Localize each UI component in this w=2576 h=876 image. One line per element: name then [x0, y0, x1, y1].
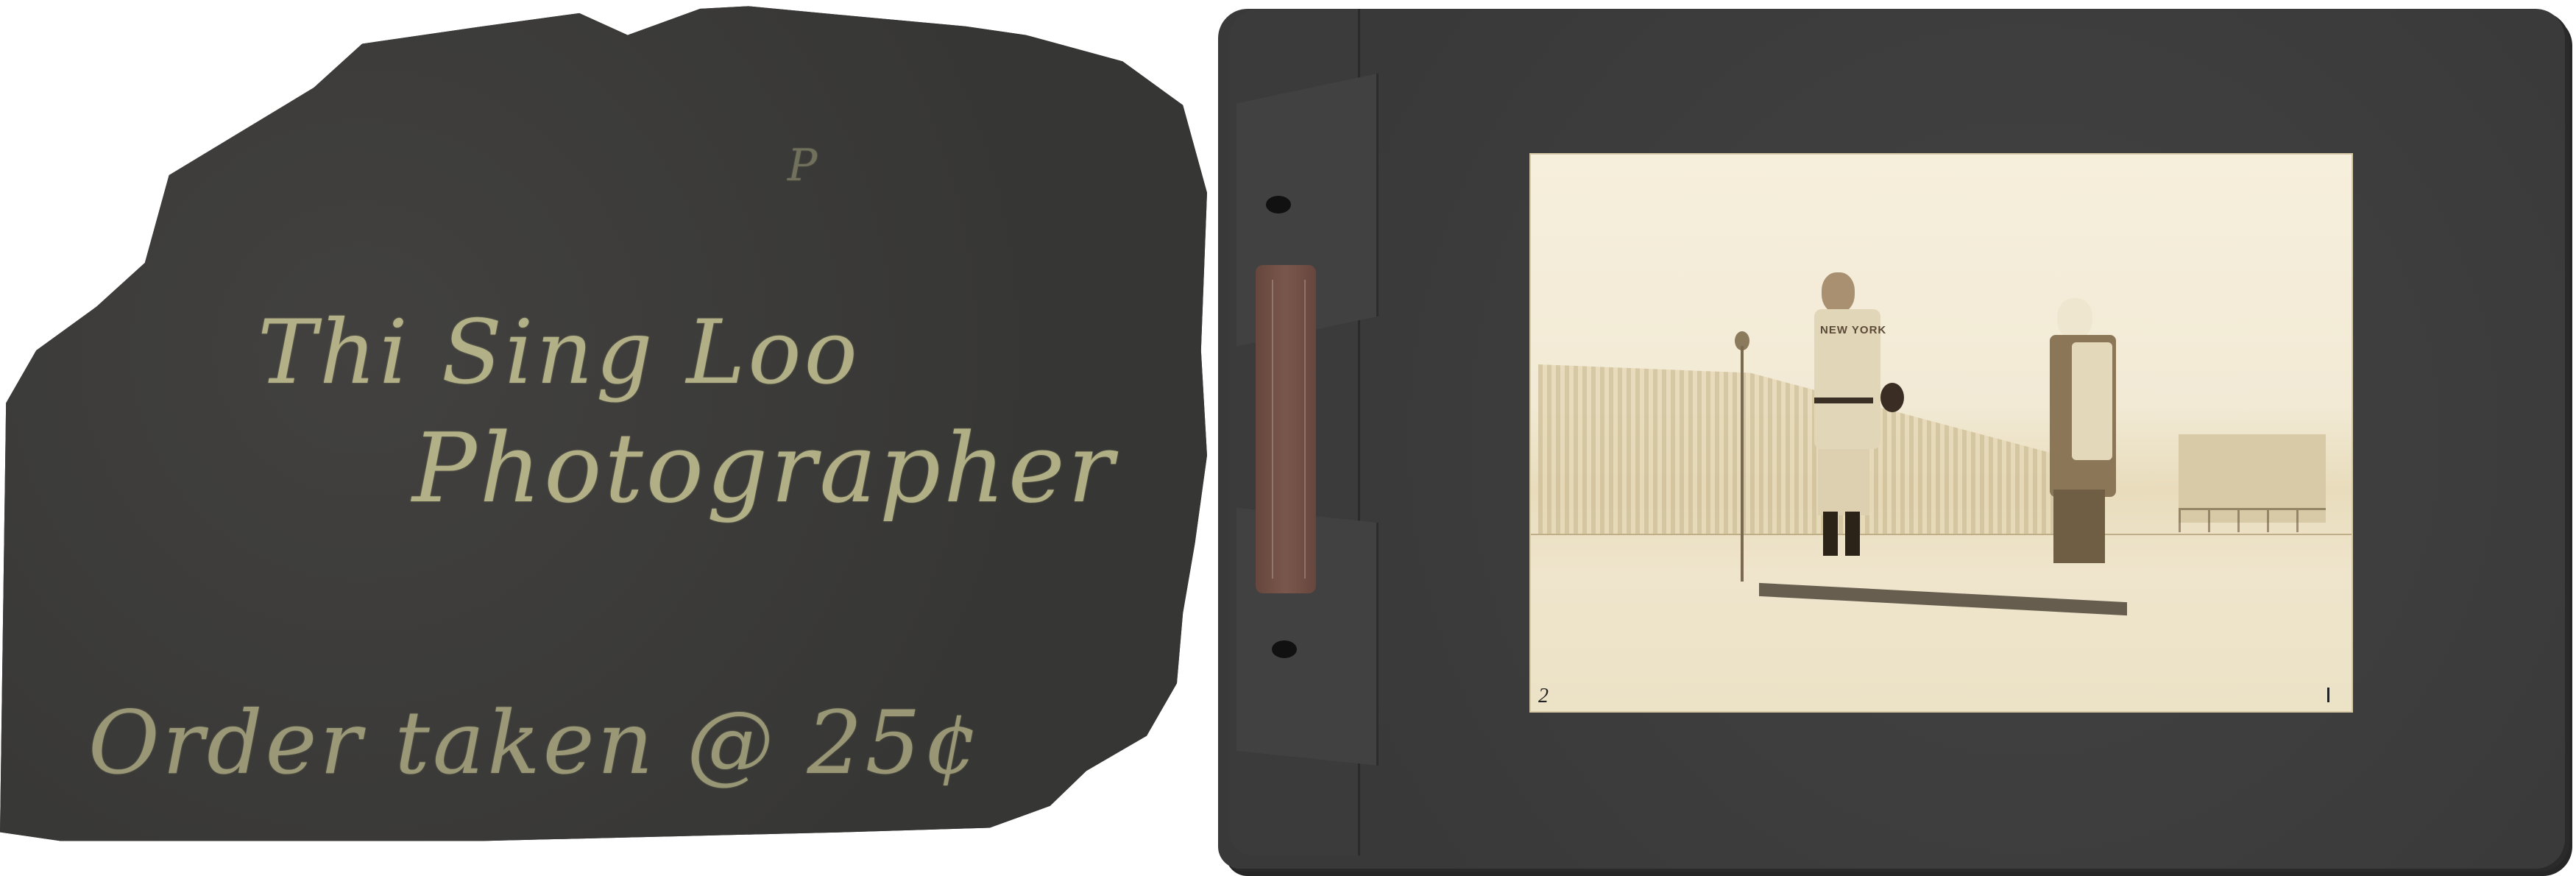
baseball-cap [1880, 383, 1904, 412]
field-line [1531, 534, 2352, 535]
chalk-title: Photographer [412, 412, 1117, 524]
mounted-photograph: NEW YORK 2 [1531, 155, 2352, 711]
older-man-in-suit [2050, 298, 2138, 578]
photo-number: 2 [1538, 685, 1549, 708]
jersey-text: NEW YORK [1820, 324, 1886, 336]
outfield-fence [2179, 508, 2326, 532]
ground-shadow [1759, 583, 2127, 615]
chalk-order-note: Order taken @ 25¢ [88, 692, 982, 794]
torn-paper-sheet: P Thi Sing Loo Photographer Order taken … [0, 0, 1207, 876]
stadium-crowd [1538, 364, 2068, 534]
baseball-player: NEW YORK [1814, 272, 1895, 567]
binding-hole-bottom [1272, 640, 1297, 658]
binding-hole-top [1266, 196, 1291, 213]
chalk-name: Thi Sing Loo [258, 302, 860, 404]
microphone-stand [1741, 331, 1744, 758]
photo-corner-mark [2327, 688, 2329, 702]
spine-label-plate [1256, 265, 1316, 593]
chalk-mark: P [788, 140, 820, 191]
